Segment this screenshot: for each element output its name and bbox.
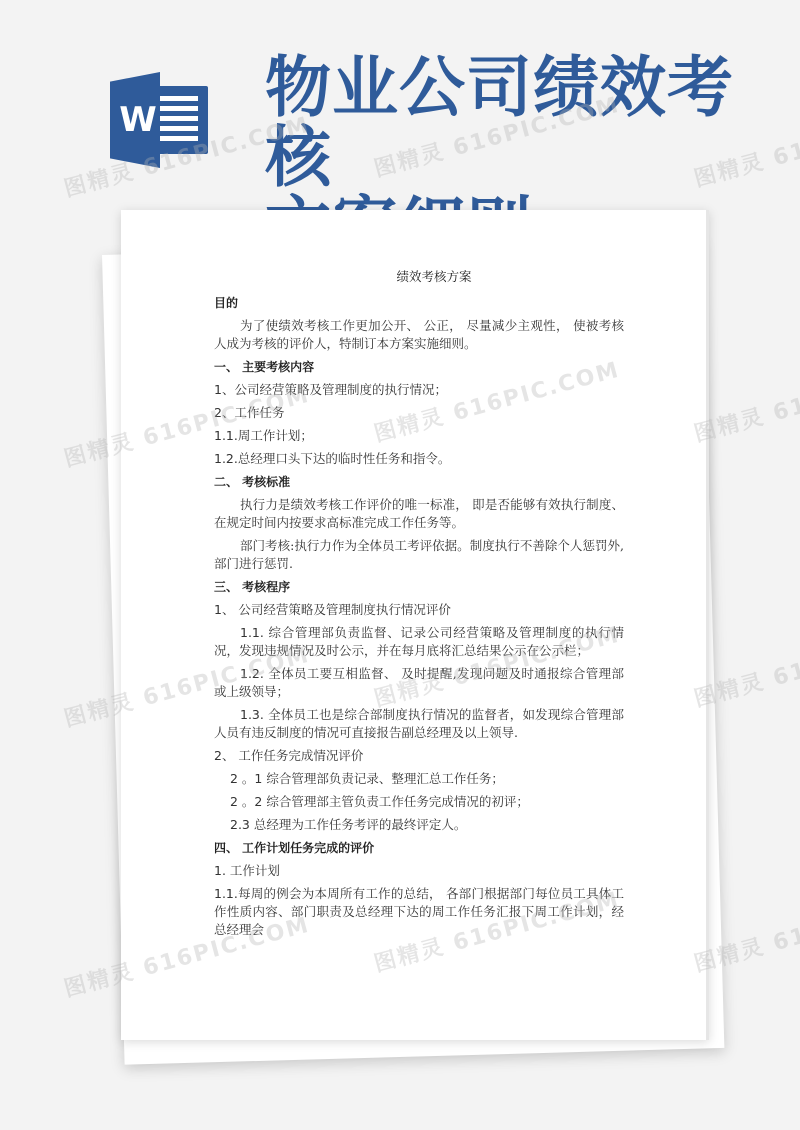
purpose-heading: 目的 <box>214 294 624 312</box>
word-document-icon: W <box>110 72 210 168</box>
document-title: 绩效考核方案 <box>244 268 624 286</box>
section3-sub2-item: 2.3 总经理为工作任务考评的最终评定人。 <box>214 816 624 834</box>
section4-item: 1.1.每周的例会为本周所有工作的总结， 各部门根据部门每位员工具体工作性质内容… <box>214 885 624 939</box>
word-icon-letter: W <box>119 100 155 140</box>
document-page: 绩效考核方案 目的 为了使绩效考核工作更加公开、 公正， 尽量减少主观性， 使被… <box>121 210 709 1040</box>
section3-sub1-item: 1.2. 全体员工要互相监督、 及时提醒,发现问题及时通报综合管理部或上级领导； <box>214 665 624 701</box>
header-banner: W 物业公司绩效考核 方案细则 <box>0 0 800 200</box>
section3-heading: 三、 考核程序 <box>214 578 624 596</box>
section1-item: 1、公司经营策略及管理制度的执行情况； <box>214 381 624 399</box>
section3-sub1-item: 1.1. 综合管理部负责监督、记录公司经营策略及管理制度的执行情况，发现违规情况… <box>214 624 624 660</box>
section3-sub2-title: 2、 工作任务完成情况评价 <box>214 747 624 765</box>
purpose-text: 为了使绩效考核工作更加公开、 公正， 尽量减少主观性， 使被考核人成为考核的评价… <box>214 317 624 353</box>
section1-item: 1.1.周工作计划； <box>214 427 624 445</box>
section4-heading: 四、 工作计划任务完成的评价 <box>214 839 624 857</box>
section1-heading: 一、 主要考核内容 <box>214 358 624 376</box>
section2-heading: 二、 考核标准 <box>214 473 624 491</box>
section1-item: 1.2.总经理口头下达的临时性任务和指令。 <box>214 450 624 468</box>
section3-sub2-item: 2 。1 综合管理部负责记录、整理汇总工作任务； <box>214 770 624 788</box>
title-line-1: 物业公司绩效考核 <box>265 52 735 192</box>
section3-sub2-item: 2 。2 综合管理部主管负责工作任务完成情况的初评； <box>214 793 624 811</box>
section2-para-1: 执行力是绩效考核工作评价的唯一标准， 即是否能够有效执行制度、 在规定时间内按要… <box>214 496 624 532</box>
section1-item: 2、工作任务 <box>214 404 624 422</box>
section3-sub1-title: 1、 公司经营策略及管理制度执行情况评价 <box>214 601 624 619</box>
document-content: 绩效考核方案 目的 为了使绩效考核工作更加公开、 公正， 尽量减少主观性， 使被… <box>214 268 624 944</box>
section3-sub1-item: 1.3. 全体员工也是综合部制度执行情况的监督者，如发现综合管理部人员有违反制度… <box>214 706 624 742</box>
section4-sub1-title: 1. 工作计划 <box>214 862 624 880</box>
word-icon-cover: W <box>110 72 160 168</box>
section2-para-2: 部门考核:执行力作为全体员工考评依据。制度执行不善除个人惩罚外,部门进行惩罚. <box>214 537 624 573</box>
